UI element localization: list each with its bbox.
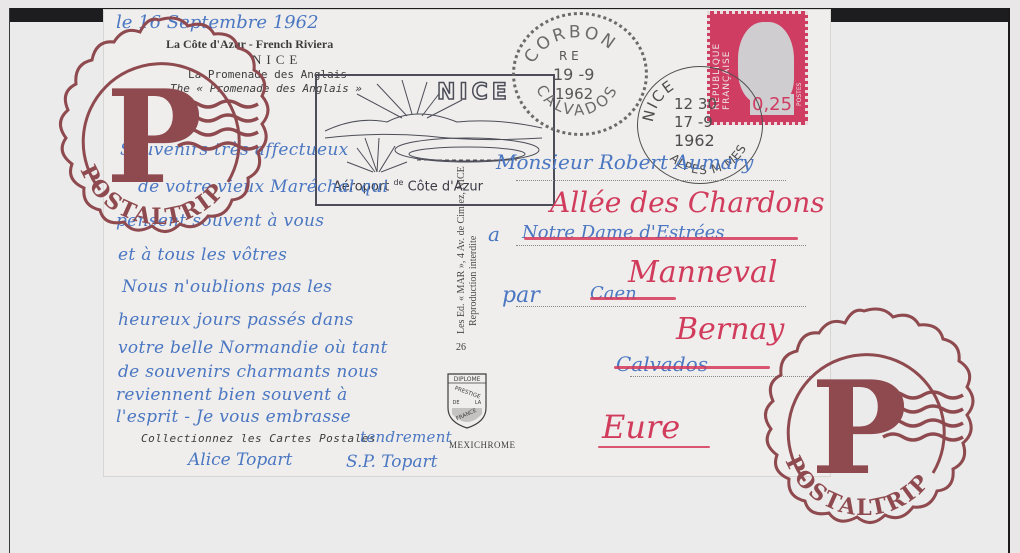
card-number: 26: [456, 342, 466, 353]
scanner-left-edge: [9, 8, 10, 553]
address-prefix: a: [488, 222, 500, 246]
postaltrip-watermark-icon: P POSTALTRIP: [28, 12, 290, 252]
postmark-corbon: CORBON CALVADOS R E 19 -9 1962: [512, 12, 648, 136]
svg-text:DE: DE: [452, 400, 459, 406]
svg-text:P: P: [811, 354, 907, 504]
message-line: heureux jours passés dans: [118, 310, 354, 330]
forwarding-address-line: Manneval: [628, 255, 777, 290]
postmark-nice-date: 17 -9: [674, 113, 713, 131]
original-address-line: Calvados: [616, 352, 708, 376]
address-line: [516, 245, 806, 246]
strikethrough: [524, 237, 798, 240]
message-line: tendrement: [360, 428, 452, 446]
message-line: reviennent bien souvent à: [116, 385, 348, 405]
postmark-corbon-date: 19 -9: [553, 65, 594, 84]
message-line: votre belle Normandie où tant: [118, 338, 388, 358]
postmark-nice-year: 1962: [674, 131, 715, 150]
forwarding-address-line: Allée des Chardons: [550, 186, 825, 219]
postmark-nice-time: 12 30: [674, 95, 717, 113]
address-line: [516, 180, 786, 181]
signature: S.P. Topart: [346, 452, 437, 472]
prestige-badge-icon: DIPLOME PRESTIGE DE LA FRANCE: [446, 372, 488, 430]
postmark-corbon-year: 1962: [555, 85, 593, 103]
publisher-line-2: Reproduction interdite: [468, 236, 479, 326]
message-line: de souvenirs charmants nous: [118, 362, 378, 382]
printer-name: MEXICHROME: [449, 440, 516, 450]
svg-text:DIPLOME: DIPLOME: [454, 376, 481, 383]
message-line: Nous n'oublions pas les: [122, 277, 332, 297]
svg-text:NICE: NICE: [639, 76, 679, 123]
collect-text: Collectionnez les Cartes Postales: [141, 432, 376, 445]
postaltrip-watermark-icon: P POSTALTRIP: [733, 303, 995, 543]
forwarding-address-line: Eure: [602, 408, 680, 446]
stamp-label: POSTES: [796, 83, 803, 106]
postmark-corbon-letters: R E: [559, 49, 579, 63]
scanner-right-edge: [1008, 8, 1010, 553]
cachet-city: NICE: [437, 80, 511, 105]
svg-text:LA: LA: [475, 400, 482, 406]
strikethrough: [590, 297, 676, 300]
svg-text:P: P: [106, 63, 202, 213]
address-prefix: par: [502, 283, 540, 308]
signature: Alice Topart: [188, 450, 292, 470]
recipient-name: Monsieur Robert Aumary: [496, 150, 753, 174]
underline: [598, 446, 710, 448]
message-line: l'esprit - Je vous embrasse: [116, 407, 351, 427]
